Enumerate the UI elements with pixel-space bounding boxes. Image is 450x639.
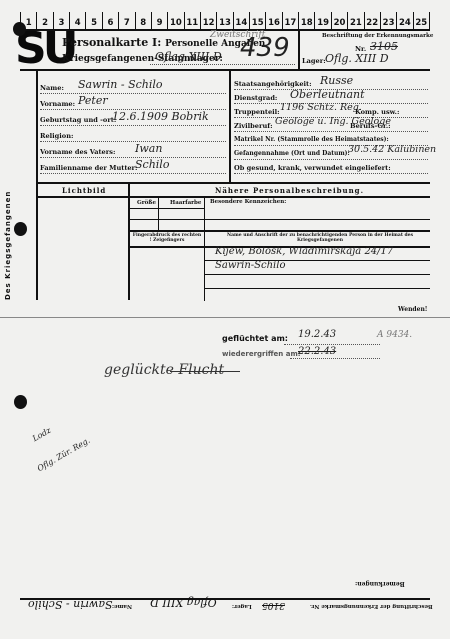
haarfarbe-label: Haarfarbe xyxy=(170,200,201,206)
vertical-label: Des Kriegsgefangenen xyxy=(4,191,12,300)
rule xyxy=(128,182,130,300)
footer-name-value: Sawrin - Schilo xyxy=(28,598,113,611)
a-number: A 9434. xyxy=(377,330,412,340)
field-value: 1196 Schtz. Reg. xyxy=(280,102,362,113)
strike xyxy=(170,371,240,372)
rule xyxy=(36,70,38,300)
ruler-cell: 23 xyxy=(380,12,396,29)
field-value: 12.6.1909 Bobrik xyxy=(112,110,209,123)
ruler-cell: 7 xyxy=(118,12,134,29)
divider xyxy=(298,30,300,70)
title-text: Personalkarte I: xyxy=(62,36,161,49)
field-label: Religion: xyxy=(40,132,73,140)
rule xyxy=(158,197,159,230)
rule xyxy=(20,69,430,71)
gefluechtet-value: 19.2.43 xyxy=(298,329,336,340)
ruler-cell: 5 xyxy=(85,12,101,29)
field-label: Zivilberuf: xyxy=(234,122,273,130)
ruler-cell: 20 xyxy=(331,12,347,29)
wiederergriffen-value: 22.2.43 xyxy=(298,346,336,357)
wiederergriffen-label: wiederergriffen am: xyxy=(222,350,301,358)
footer-erk-label: Beschriftung der Erkennungsmarke Nr. xyxy=(310,603,433,609)
ruler-cell: 21 xyxy=(347,12,363,29)
stammlager-value: Oflag XIII D xyxy=(155,50,222,63)
field-label: Name: xyxy=(40,84,64,92)
dotted-line xyxy=(234,173,428,174)
field-label: Dienstgrad: xyxy=(234,94,277,102)
fingerabdruck-label: Fingerabdruck des rechten ! Zeigefingers xyxy=(132,233,202,243)
dotted-line xyxy=(234,159,428,160)
field-value: Sawrin - Schilo xyxy=(78,78,163,91)
column-ruler: 1234567891011121314151617181920212223242… xyxy=(20,12,430,31)
anschrift-line-2: Sawrin-Schilo xyxy=(215,260,285,271)
field-value: Peter xyxy=(78,94,108,107)
ruler-cell: 25 xyxy=(413,12,430,29)
field-label: Matrikel Nr. (Stammrolle des Heimatstaat… xyxy=(234,136,389,143)
dotted-line xyxy=(40,157,226,158)
gefluechtet-label: geflüchtet am: xyxy=(222,334,288,343)
ruler-cell: 8 xyxy=(135,12,151,29)
ruler-cell: 9 xyxy=(151,12,167,29)
rule xyxy=(204,288,430,289)
footer-lager-label: Lager: xyxy=(232,603,252,609)
margin-note-1: Lodz xyxy=(31,426,52,444)
rule xyxy=(36,196,430,198)
field-label: Staatsangehörigkeit: xyxy=(234,80,312,88)
rule xyxy=(229,70,231,182)
dotted-line xyxy=(40,125,226,126)
card-number: 439 xyxy=(240,33,290,63)
margin-note-2: Oflg. Zür. Reg. xyxy=(36,436,92,473)
anschrift-line-1: Kijew, Bolosk, Wladimirskaja 24/17 xyxy=(215,246,393,257)
ruler-cell: 10 xyxy=(167,12,183,29)
dotted-line xyxy=(40,141,226,142)
dotted-line xyxy=(150,64,295,65)
ruler-cell: 24 xyxy=(396,12,412,29)
ruler-cell: 15 xyxy=(249,12,265,29)
rule xyxy=(204,197,205,301)
ruler-cell: 16 xyxy=(265,12,281,29)
card-edge xyxy=(0,317,450,318)
field-extra-label: Komp. usw.: xyxy=(355,108,399,116)
lichtbild-label: Lichtbild xyxy=(62,186,106,195)
dotted-line xyxy=(234,131,428,132)
anschrift-label: Name und Anschrift der zu benachrichtige… xyxy=(220,233,420,243)
lager-value: Oflg. XIII D xyxy=(325,52,389,65)
ruler-cell: 6 xyxy=(102,12,118,29)
ruler-cell: 14 xyxy=(233,12,249,29)
erkennungsmarke-heading: Beschriftung der Erkennungsmarke xyxy=(322,33,433,39)
beschreibung-heading: Nähere Personalbeschreibung. xyxy=(215,186,364,195)
ruler-cell: 19 xyxy=(314,12,330,29)
escape-note: geglückte Flucht xyxy=(104,362,224,378)
ruler-cell: 12 xyxy=(200,12,216,29)
lager-label: Lager: xyxy=(302,57,326,65)
field-label: Familienname der Mutter: xyxy=(40,164,137,172)
rule xyxy=(128,230,430,232)
footer-lager-value: Oflag XIII D xyxy=(150,596,217,609)
rule xyxy=(204,274,430,275)
dotted-line xyxy=(284,344,380,345)
groesse-label: Größe xyxy=(137,200,156,206)
field-value: Schilo xyxy=(135,158,169,171)
kennzeichen-label: Besondere Kennzeichen: xyxy=(210,199,286,205)
field-label: Vorname: xyxy=(40,100,75,108)
field-value: Oberleutnant xyxy=(290,88,365,101)
dotted-line xyxy=(40,173,226,174)
dotted-line xyxy=(290,358,380,359)
punch-hole xyxy=(13,22,26,36)
ruler-cell: 11 xyxy=(184,12,200,29)
wenden-label: Wenden! xyxy=(398,306,427,313)
field-extra-label: Berufs-Gr.: xyxy=(350,122,391,130)
bemerkungen-label: Bemerkungen: xyxy=(355,580,405,587)
dotted-line xyxy=(40,93,226,94)
rule xyxy=(36,182,430,184)
field-label: Geburtstag und -ort: xyxy=(40,116,116,124)
punch-hole xyxy=(14,222,27,236)
ruler-cell: 18 xyxy=(298,12,314,29)
ruler-cell: 17 xyxy=(282,12,298,29)
punch-hole xyxy=(14,395,27,409)
footer-erk-value: 3105 xyxy=(262,600,285,610)
field-label: Ob gesund, krank, verwundet eingeliefert… xyxy=(234,164,391,172)
field-label: Gefangennahme (Ort und Datum): xyxy=(234,150,350,157)
field-value: 30.5.42 Kalubinen xyxy=(348,144,436,155)
field-label: Truppenteil: xyxy=(234,108,280,116)
ruler-cell: 22 xyxy=(364,12,380,29)
field-value: Iwan xyxy=(135,142,162,155)
ruler-cell: 13 xyxy=(216,12,232,29)
rule xyxy=(128,219,430,220)
footer-name-label: Name: xyxy=(112,603,132,609)
rule xyxy=(128,208,204,209)
field-value: Russe xyxy=(320,74,353,87)
field-label: Vorname des Vaters: xyxy=(40,148,115,156)
